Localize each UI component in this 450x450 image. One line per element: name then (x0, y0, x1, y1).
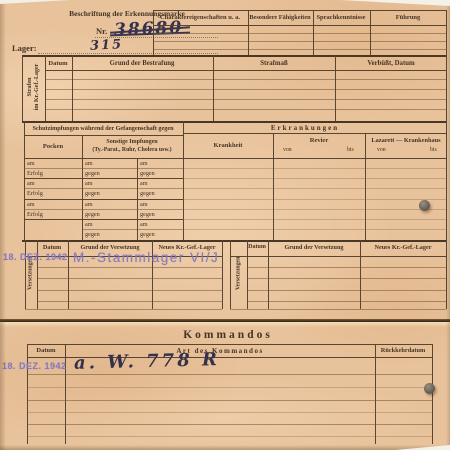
rule (27, 436, 432, 437)
versetzungen-right-col-neu: Neues Kr.-Gef.-Lager (375, 244, 432, 251)
rule (24, 199, 183, 200)
background-corner (340, 0, 450, 6)
rule (27, 400, 432, 401)
rule (25, 309, 222, 310)
impfungen-cell: am (27, 201, 35, 208)
rule (183, 229, 447, 230)
rule (24, 188, 183, 189)
rule (230, 256, 446, 257)
impfungen-cell: gegen (85, 231, 100, 238)
impfungen-cell: gegen (140, 231, 155, 238)
kommandos-col-rueck: Rückkehrdatum (381, 347, 425, 354)
versetzungen-right-side-label: Versetzungen (236, 248, 243, 298)
impfungen-title: Schutzimpfungen während der Gefangenscha… (32, 125, 173, 132)
rule (247, 301, 446, 302)
card-fold-highlight (0, 322, 450, 327)
versetzungen-right-col-datum: Datum (248, 244, 266, 251)
rule (230, 240, 231, 309)
rule (153, 33, 447, 34)
rule (24, 168, 183, 169)
transfer-date-stamp: 18. DEZ. 1942 (3, 252, 68, 262)
rule (24, 178, 183, 179)
rule (432, 344, 433, 444)
rule (222, 240, 223, 309)
impfungen-cell: am (140, 201, 148, 208)
rule (268, 240, 269, 309)
rule (183, 121, 184, 240)
impfungen-cell: am (85, 160, 93, 167)
impfungen-cell: am (85, 201, 93, 208)
paper-edge-shadow (0, 445, 450, 450)
rule (82, 229, 183, 230)
rule (27, 412, 432, 413)
versetzungen-right-col-grund: Grund der Versetzung (284, 244, 343, 251)
background-corner (0, 0, 70, 4)
erkrankungen-col-revier: Revier (310, 137, 328, 144)
rule (45, 70, 447, 71)
rule (27, 387, 432, 388)
stammlager-stamp: M.-Stammlager VI/J (73, 250, 219, 265)
rule (375, 344, 376, 444)
punch-hole (424, 383, 435, 394)
strafen-side-label-line2: im Kr.-Gef.-Lager (34, 52, 41, 122)
impfungen-cell: am (140, 221, 148, 228)
revier-von-label: von (283, 147, 292, 154)
rule (27, 424, 432, 425)
rule (45, 109, 447, 110)
rule (27, 344, 28, 444)
kommando-entry-handwritten: a. W. 778 R (74, 349, 220, 374)
rule (183, 219, 447, 220)
punch-hole (419, 200, 430, 211)
pow-record-card-scan: Beschriftung der Erkennungsmarke Nr. 386… (0, 0, 450, 450)
lager-number-handwritten: 315 (90, 37, 124, 54)
rule (247, 267, 446, 268)
rule (22, 240, 447, 242)
strafen-side-label: Strafen im Kr.-Gef.-Lager (27, 52, 41, 122)
background-corner (395, 445, 450, 450)
impfungen-cell: gegen (85, 170, 100, 177)
rule (370, 10, 371, 55)
traits-col-header: Führung (396, 14, 421, 21)
rule (365, 133, 366, 240)
rule (27, 344, 432, 345)
rule (183, 188, 447, 189)
paper-edge-shadow (0, 0, 6, 450)
erkrankungen-title: Erkrankungen (271, 124, 339, 132)
rule (22, 55, 23, 121)
impfungen-cell: Erfolg (27, 190, 43, 197)
impfungen-cell: Erfolg (27, 211, 43, 218)
impfungen-cell: am (27, 180, 35, 187)
rule (37, 278, 222, 279)
rule (45, 99, 447, 100)
impfungen-cell: gegen (140, 190, 155, 197)
rule (45, 89, 447, 90)
rule (335, 55, 336, 121)
impfungen-cell: am (140, 180, 148, 187)
rule (25, 240, 26, 309)
rule (360, 240, 361, 309)
impfungen-cell: gegen (85, 190, 100, 197)
rule (153, 10, 154, 55)
traits-col-header: Sprachkenntnisse (316, 14, 365, 21)
rule (24, 209, 183, 210)
strafen-col-verbuesst: Verbüßt, Datum (367, 60, 414, 68)
strafen-col-strafmass: Strafmaß (260, 60, 288, 68)
impfungen-cell: am (85, 180, 93, 187)
impfungen-cell: gegen (140, 211, 155, 218)
traits-col-header: Charaktereigenschaften u. a. (160, 14, 240, 21)
rule (24, 219, 183, 220)
erkrankungen-col-krankheit: Krankheit (214, 142, 243, 149)
rule (24, 158, 447, 159)
strafen-col-grund: Grund der Bestrafung (110, 60, 175, 68)
rule (37, 267, 222, 268)
rule (230, 309, 446, 310)
rule (247, 290, 446, 291)
impfungen-cell: am (140, 160, 148, 167)
rule (65, 344, 66, 444)
erkrankungen-col-lazarett: Lazarett — Krankenhaus (371, 137, 440, 144)
strafen-col-datum: Datum (48, 60, 67, 67)
rule (153, 10, 447, 11)
rule (22, 121, 447, 123)
rule (22, 55, 447, 57)
rule (45, 55, 46, 121)
rule (153, 49, 447, 50)
rule (37, 301, 222, 302)
rule (183, 168, 447, 169)
rule (247, 278, 446, 279)
impfungen-cell: am (85, 221, 93, 228)
rule (153, 41, 447, 42)
lazarett-bis-label: bis (430, 147, 437, 154)
paper-edge-shadow (446, 0, 450, 450)
traits-col-header: Besondere Fähigkeiten (249, 14, 310, 21)
rule (183, 199, 447, 200)
rule (153, 25, 447, 26)
strafen-side-label-line1: Strafen (27, 52, 34, 122)
lazarett-von-label: von (377, 147, 386, 154)
revier-bis-label: bis (347, 147, 354, 154)
impfungen-col-sonstige: Sonstige Impfungen (106, 139, 157, 146)
impfungen-col-pocken: Pocken (43, 143, 63, 150)
impfungen-cell: gegen (140, 170, 155, 177)
rule (273, 133, 274, 240)
impfungen-cell: Erfolg (27, 170, 43, 177)
lager-ruled-line (38, 52, 218, 54)
rule (45, 79, 447, 80)
rule (183, 209, 447, 210)
impfungen-cell: am (27, 160, 35, 167)
kommandos-col-datum: Datum (36, 347, 55, 354)
versetzungen-left-col-datum: Datum (43, 244, 61, 251)
rule (27, 374, 432, 375)
rule (24, 121, 25, 240)
impfungen-cell: gegen (85, 211, 100, 218)
kommando-date-stamp: 18. DEZ. 1942 (2, 361, 67, 371)
rule (313, 10, 314, 55)
rule (24, 135, 183, 136)
impfungen-col-sonstige-detail: (Ty.-Parat., Ruhr, Cholera usw.) (92, 147, 171, 154)
rule (68, 240, 69, 309)
rule (213, 55, 214, 121)
rule (72, 55, 73, 121)
rule (183, 178, 447, 179)
rule (183, 133, 447, 134)
kommandos-title: Kommandos (183, 329, 273, 342)
rule (37, 290, 222, 291)
rule (37, 240, 38, 309)
